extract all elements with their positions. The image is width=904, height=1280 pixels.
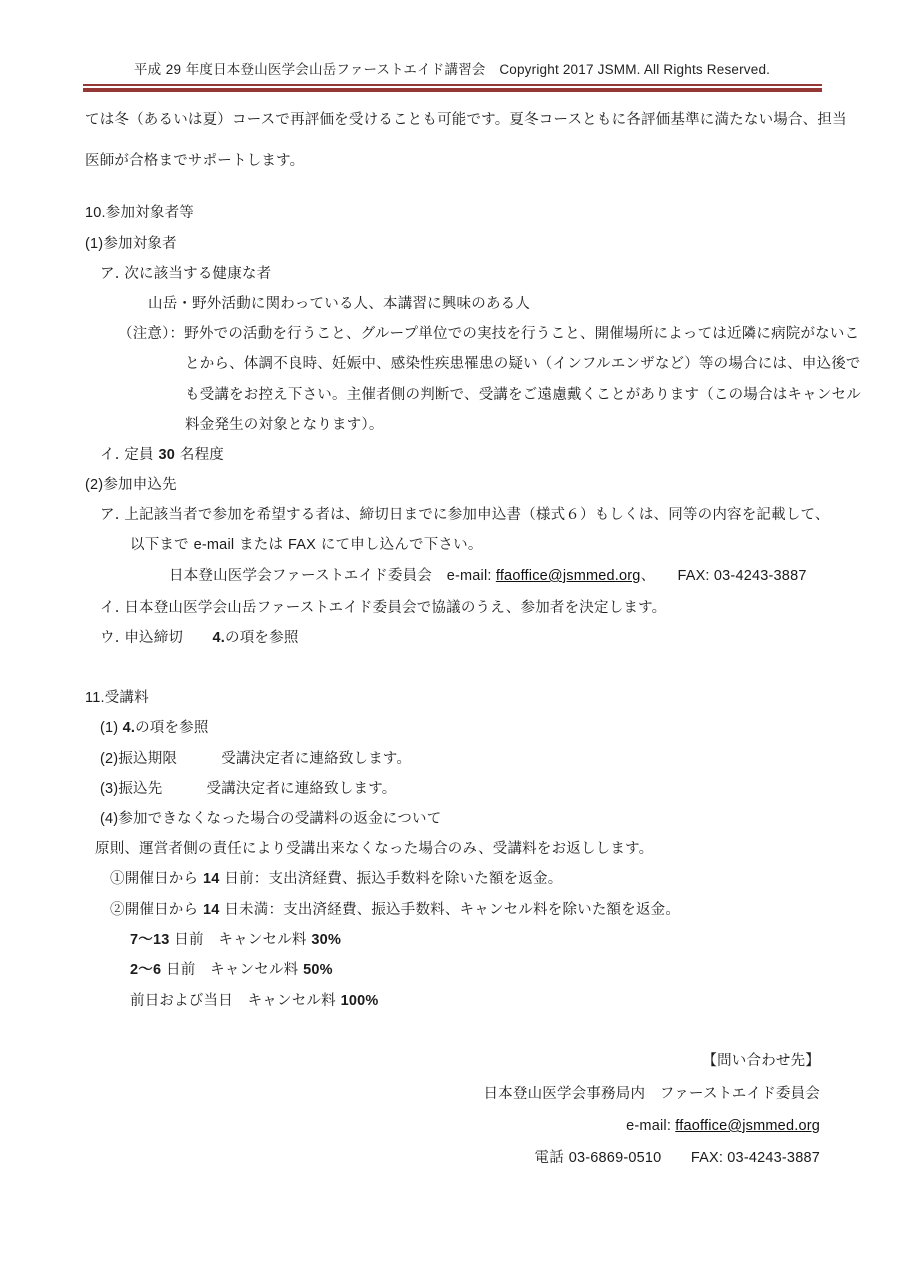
body-line: 山岳・野外活動に関わっている人、本講習に興味のある人 (148, 295, 530, 314)
inquiry-line: 電話 03-6869-0510 FAX: 03-4243-3887 (535, 1149, 821, 1168)
text-run: 参加申込先 (103, 477, 177, 493)
text-run: 前日および当日 キャンセル料 (130, 993, 341, 1009)
text-run: 10. (85, 205, 106, 221)
body-line: 以下まで e-mail または FAX にて申し込んで下さい。 (130, 536, 483, 555)
text-run: （注意）：野外での活動を行うこと、グループ単位での実技を行うこと、開催場所によっ… (118, 326, 859, 342)
text-run: e-mail: (447, 568, 496, 584)
text-run: 30% (311, 932, 341, 948)
cancel-fee-line: 2～6 日前 キャンセル料 50% (130, 961, 333, 980)
body-line: (4)参加できなくなった場合の受講料の返金について (100, 810, 441, 829)
body-line: (3)振込先 受講決定者に連絡致します。 (100, 780, 396, 799)
text-run: 名程度 (175, 447, 224, 463)
text-run: 電話 (535, 1150, 569, 1166)
text-run: 日本登山医学会ファーストエイド委員会 (169, 568, 447, 584)
text-run: 日前：支出済経費、振込手数料を除いた額を返金。 (220, 871, 563, 887)
committee-contact-line: 日本登山医学会ファーストエイド委員会 e-mail: ffaoffice@jsm… (169, 567, 807, 586)
text-run: ては冬（あるいは夏）コースで再評価を受けることも可能です。夏冬コースともに各評価… (85, 112, 847, 128)
text-run: 03-6869-0510 (569, 1150, 662, 1166)
text-run: e-mail (194, 537, 235, 553)
text-run: とから、体調不良時、妊娠中、感染性疾患罹患の疑い（インフルエンザなど）等の場合に… (185, 356, 861, 372)
text-run: 29 (166, 62, 181, 77)
body-line: イ. 定員 30 名程度 (100, 446, 224, 465)
email-link[interactable]: ffaoffice@jsmmed.org (675, 1118, 820, 1134)
note-line: とから、体調不良時、妊娠中、感染性疾患罹患の疑い（インフルエンザなど）等の場合に… (185, 355, 861, 374)
body-line: (2)振込期限 受講決定者に連絡致します。 (100, 750, 411, 769)
body-line: 原則、運営者側の責任により受講出来なくなった場合のみ、受講料をお返しします。 (95, 840, 653, 859)
refund-rule-line: ①開催日から 14 日前：支出済経費、振込手数料を除いた額を返金。 (110, 870, 562, 889)
text-run: 【問い合わせ先】 (702, 1053, 820, 1069)
text-run: (3) (100, 781, 118, 797)
text-run: 振込先 受講決定者に連絡致します。 (118, 781, 396, 797)
text-run: 4. (123, 720, 136, 736)
text-run: 振込期限 受講決定者に連絡致します。 (118, 751, 411, 767)
text-run: 日前 キャンセル料 (170, 932, 312, 948)
text-run: (2) (100, 751, 118, 767)
inquiry-heading: 【問い合わせ先】 (702, 1052, 820, 1071)
inquiry-line: e-mail: ffaoffice@jsmmed.org (626, 1117, 820, 1136)
inquiry-line: 日本登山医学会事務局内 ファーストエイド委員会 (483, 1085, 820, 1104)
text-run: e-mail: (626, 1118, 675, 1134)
item-2-heading: (2)参加申込先 (85, 476, 177, 495)
email-link[interactable]: ffaoffice@jsmmed.org (496, 568, 641, 584)
text-run: (1) (100, 720, 123, 736)
text-run: 2～6 (130, 962, 161, 978)
text-run: FAX: 03-4243-3887 (677, 568, 806, 584)
text-run: ア. 上記該当者で参加を希望する者は、締切日までに参加申込書（様式６）もしくは、… (100, 507, 830, 523)
text-run: (4) (100, 811, 118, 827)
text-run: Copyright 2017 JSMM. All Rights Reserved… (499, 62, 770, 77)
text-run: 以下まで (130, 537, 194, 553)
text-run: 山岳・野外活動に関わっている人、本講習に興味のある人 (148, 296, 530, 312)
cancel-fee-line: 前日および当日 キャンセル料 100% (130, 992, 379, 1011)
text-run: または (234, 537, 288, 553)
text-run: 日未満：支出済経費、振込手数料、キャンセル料を除いた額を返金。 (220, 902, 681, 918)
text-run: 参加できなくなった場合の受講料の返金について (118, 811, 441, 827)
text-run: 、 (641, 568, 678, 584)
body-line: イ. 日本登山医学会山岳ファーストエイド委員会で協議のうえ、参加者を決定します。 (100, 599, 666, 618)
text-run: イ. 日本登山医学会山岳ファーストエイド委員会で協議のうえ、参加者を決定します。 (100, 600, 666, 616)
text-run: 100% (341, 993, 379, 1009)
item-1-heading: (1)参加対象者 (85, 235, 177, 254)
text-run: 30 (159, 447, 176, 463)
text-run: 医師が合格までサポートします。 (85, 153, 304, 169)
text-run: の項を参照 (225, 630, 299, 646)
text-run: ①開催日から (110, 871, 203, 887)
text-run (661, 1150, 690, 1166)
text-run: 参加対象者等 (106, 205, 194, 221)
text-run: ア. 次に該当する健康な者 (100, 266, 271, 282)
text-run: 料金発生の対象となります）。 (185, 417, 384, 433)
note-line: 料金発生の対象となります）。 (185, 416, 384, 435)
body-line: ア. 次に該当する健康な者 (100, 265, 271, 284)
text-run: (2) (85, 477, 103, 493)
page-header: 平成 29 年度日本登山医学会山岳ファーストエイド講習会 Copyright 2… (0, 60, 904, 80)
body-line: ア. 上記該当者で参加を希望する者は、締切日までに参加申込書（様式６）もしくは、… (100, 506, 830, 525)
cancel-fee-line: 7～13 日前 キャンセル料 30% (130, 931, 341, 950)
body-line: ウ. 申込締切 4.の項を参照 (100, 629, 299, 648)
text-run: 原則、運営者側の責任により受講出来なくなった場合のみ、受講料をお返しします。 (95, 841, 653, 857)
text-run: 日本登山医学会事務局内 ファーストエイド委員会 (483, 1086, 820, 1102)
section-10-heading: 10.参加対象者等 (85, 204, 194, 223)
body-line: 医師が合格までサポートします。 (85, 152, 304, 171)
text-run: ②開催日から (110, 902, 203, 918)
text-run: の項を参照 (135, 720, 209, 736)
text-run: 50% (303, 962, 333, 978)
text-run: イ. 定員 (100, 447, 159, 463)
body-line: (1) 4.の項を参照 (100, 719, 209, 738)
text-run: 日前 キャンセル料 (161, 962, 303, 978)
document-page: 平成 29 年度日本登山医学会山岳ファーストエイド講習会 Copyright 2… (0, 0, 904, 1280)
text-run: 11. (85, 690, 105, 706)
text-run: 4. (213, 630, 226, 646)
text-run: (1) (85, 236, 103, 252)
text-run: 年度日本登山医学会山岳ファーストエイド講習会 (181, 62, 499, 78)
text-run: 14 (203, 871, 220, 887)
text-run: FAX (288, 537, 316, 553)
text-run: 平成 (134, 62, 166, 78)
text-run: 14 (203, 902, 220, 918)
note-line: も受講をお控え下さい。主催者側の判断で、受講をご遠慮戴くことがあります（この場合… (185, 386, 861, 405)
text-run: FAX: 03-4243-3887 (691, 1150, 820, 1166)
text-run: 7～13 (130, 932, 170, 948)
text-run: も受講をお控え下さい。主催者側の判断で、受講をご遠慮戴くことがあります（この場合… (185, 387, 861, 403)
text-run: 参加対象者 (103, 236, 177, 252)
header-rule (83, 84, 822, 92)
refund-rule-line: ②開催日から 14 日未満：支出済経費、振込手数料、キャンセル料を除いた額を返金… (110, 901, 680, 920)
text-run: ウ. 申込締切 (100, 630, 213, 646)
body-line: ては冬（あるいは夏）コースで再評価を受けることも可能です。夏冬コースともに各評価… (85, 111, 847, 130)
note-line: （注意）：野外での活動を行うこと、グループ単位での実技を行うこと、開催場所によっ… (118, 325, 859, 344)
text-run: 受講料 (105, 690, 149, 706)
text-run: にて申し込んで下さい。 (316, 537, 483, 553)
section-11-heading: 11.受講料 (85, 689, 149, 708)
